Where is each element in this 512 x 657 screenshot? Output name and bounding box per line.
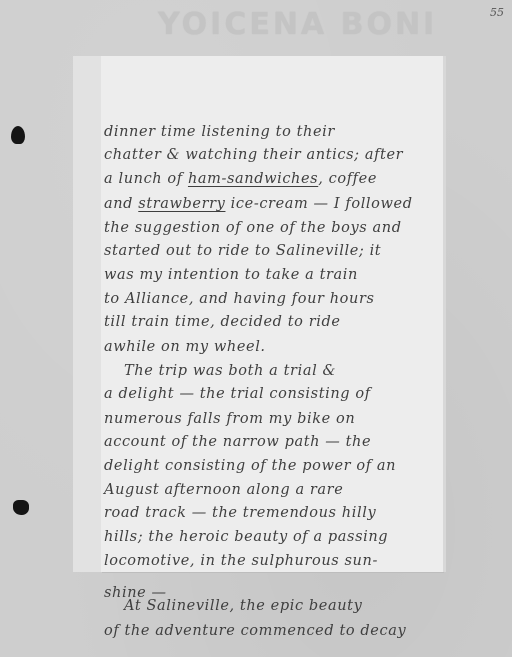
manuscript-line: started out to ride to Salineville; it	[104, 243, 381, 259]
manuscript-line: account of the narrow path — the	[104, 434, 371, 450]
manuscript-line: dinner time listening to their	[104, 124, 335, 140]
manuscript-line: chatter & watching their antics; after	[104, 147, 403, 163]
manuscript-line: August afternoon along a rare	[104, 482, 343, 498]
manuscript-line: of the adventure commenced to decay	[104, 623, 406, 639]
manuscript-line: till train time, decided to ride	[104, 314, 341, 330]
manuscript-line: a lunch of ham-sandwiches, coffee	[104, 171, 377, 187]
manuscript-line: awhile on my wheel.	[104, 339, 266, 355]
archive-header-stamp: YOICENA BONI	[158, 8, 398, 42]
sheet-right-edge	[443, 56, 446, 572]
manuscript-line: was my intention to take a train	[104, 267, 358, 283]
manuscript-line-paragraph-start: At Salineville, the epic beauty	[104, 598, 362, 614]
manuscript-line: locomotive, in the sulphurous sun-	[104, 553, 378, 569]
manuscript-line: hills; the heroic beauty of a passing	[104, 529, 388, 545]
manuscript-line: and strawberry ice-cream — I followed	[104, 196, 413, 212]
punch-hole-bottom	[13, 500, 29, 515]
manuscript-line: numerous falls from my bike on	[104, 411, 355, 427]
underlined-word: strawberry	[138, 196, 225, 212]
manuscript-line: a delight — the trial consisting of	[104, 386, 371, 402]
manuscript-line: to Alliance, and having four hours	[104, 291, 375, 307]
manuscript-line: the suggestion of one of the boys and	[104, 220, 402, 236]
punch-hole-top	[11, 126, 25, 144]
sheet-binding-strip	[73, 56, 104, 572]
manuscript-line-paragraph-start: The trip was both a trial &	[104, 363, 336, 379]
manuscript-line: road track — the tremendous hilly	[104, 505, 376, 521]
underlined-word: ham-sandwiches	[188, 171, 318, 187]
page-number: 55	[490, 6, 504, 19]
manuscript-line: delight consisting of the power of an	[104, 458, 396, 474]
